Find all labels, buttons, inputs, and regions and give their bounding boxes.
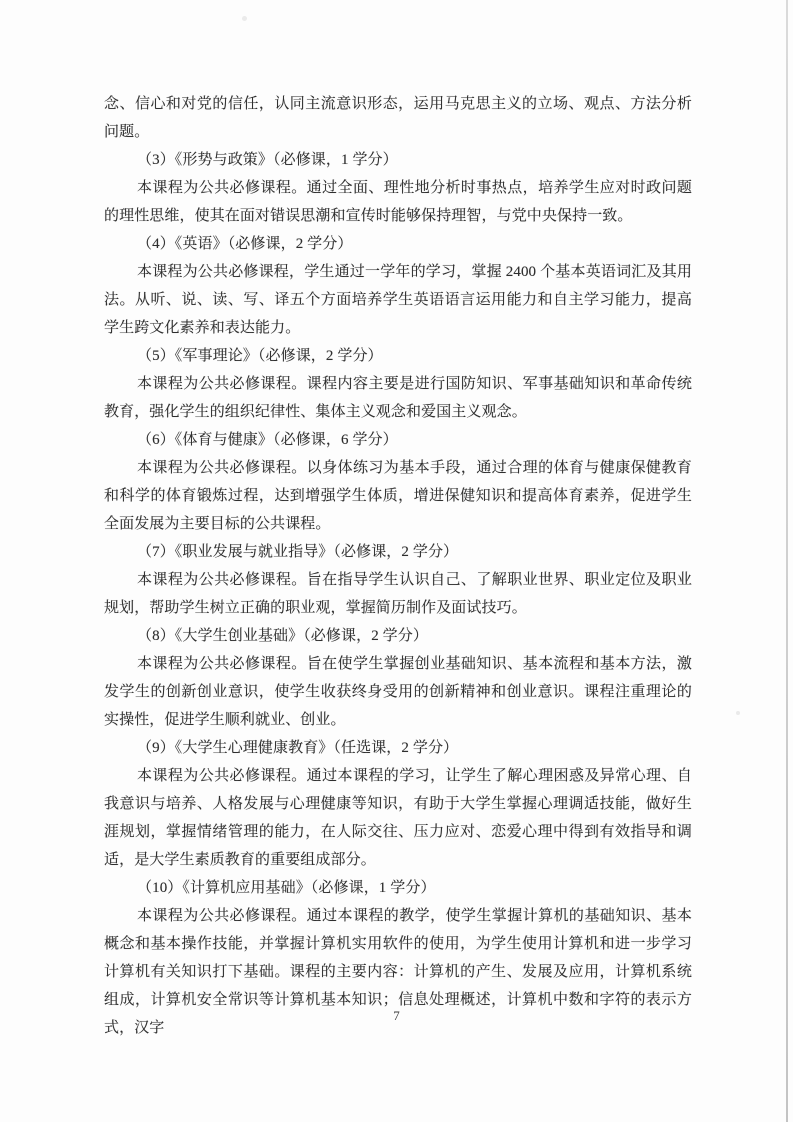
course-description-6: 本课程为公共必修课程。以身体练习为基本手段，通过合理的体育与健康保健教育和科学的… [104,454,692,538]
document-page: 念、信心和对党的信任，认同主流意识形态，运用马克思主义的立场、观点、方法分析问题… [0,0,793,1122]
page-content: 念、信心和对党的信任，认同主流意识形态，运用马克思主义的立场、观点、方法分析问题… [104,90,692,1042]
course-description-3: 本课程为公共必修课程。通过全面、理性地分析时事热点，培养学生应对时政问题的理性思… [104,174,692,230]
course-heading-7: （7）《职业发展与就业指导》（必修课，2 学分） [104,538,692,566]
scan-smudge-right [736,711,740,715]
continued-paragraph: 念、信心和对党的信任，认同主流意识形态，运用马克思主义的立场、观点、方法分析问题… [104,90,692,146]
course-description-4: 本课程为公共必修课程，学生通过一学年的学习，掌握 2400 个基本英语词汇及其用… [104,258,692,342]
course-description-8: 本课程为公共必修课程。旨在使学生掌握创业基础知识、基本流程和基本方法，激发学生的… [104,650,692,734]
course-heading-4: （4）《英语》（必修课，2 学分） [104,230,692,258]
course-heading-5: （5）《军事理论》（必修课，2 学分） [104,342,692,370]
scan-smudge-top [242,16,247,21]
course-heading-3: （3）《形势与政策》（必修课，1 学分） [104,146,692,174]
scan-edge-artifact [786,0,788,1122]
course-description-5: 本课程为公共必修课程。课程内容主要是进行国防知识、军事基础知识和革命传统教育，强… [104,370,692,426]
course-heading-6: （6）《体育与健康》（必修课，6 学分） [104,426,692,454]
course-heading-10: （10）《计算机应用基础》（必修课，1 学分） [104,874,692,902]
page-number: 7 [0,1007,793,1025]
course-description-9: 本课程为公共必修课程。通过本课程的学习，让学生了解心理困惑及异常心理、自我意识与… [104,762,692,874]
course-heading-8: （8）《大学生创业基础》（必修课，2 学分） [104,622,692,650]
course-description-7: 本课程为公共必修课程。旨在指导学生认识自己、了解职业世界、职业定位及职业规划，帮… [104,566,692,622]
course-heading-9: （9）《大学生心理健康教育》（任选课，2 学分） [104,734,692,762]
